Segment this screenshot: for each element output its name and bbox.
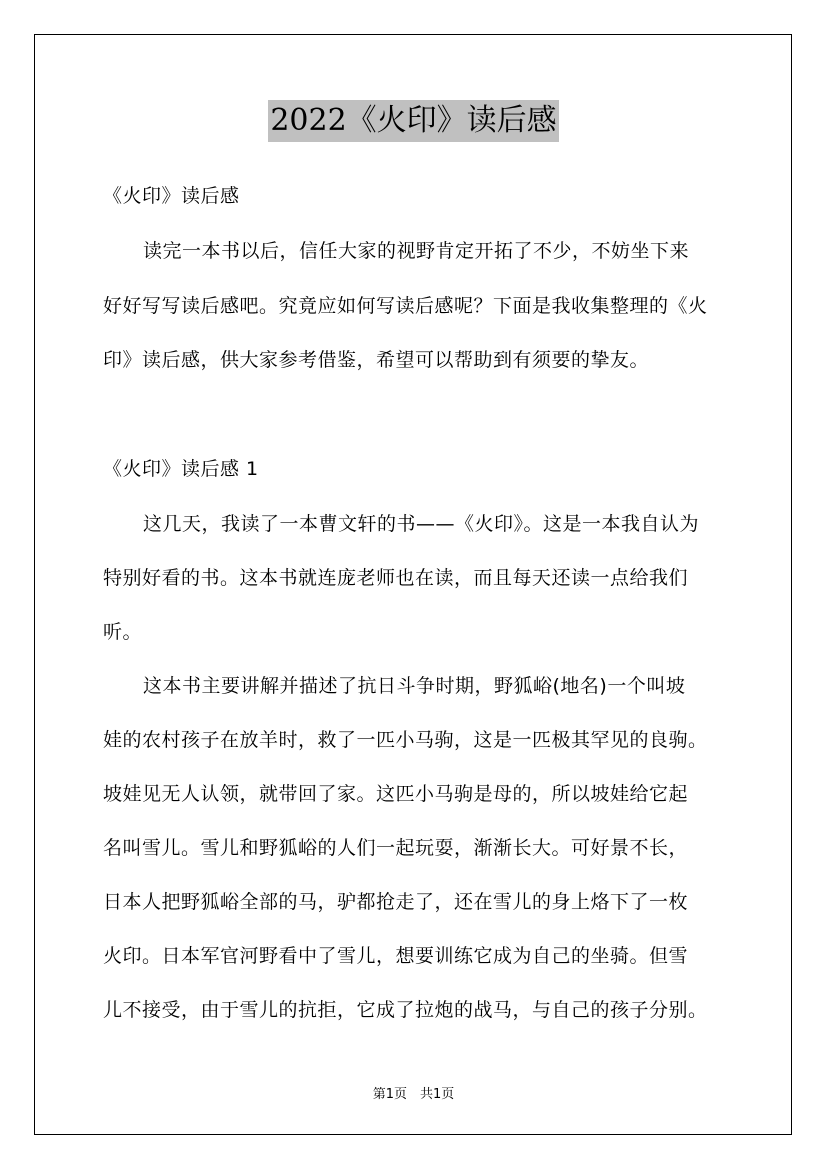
paragraph-line: 娃的农村孩子在放羊时，救了一匹小马驹，这是一匹极其罕见的良驹。 (103, 725, 708, 752)
paragraph-line: 儿不接受，由于雪儿的抗拒，它成了拉炮的战马，与自己的孩子分别。 (103, 995, 708, 1022)
page-footer: 第1页 共1页 (0, 1083, 827, 1102)
intro-line: 好好写写读后感吧。究竟应如何写读后感呢？下面是我收集整理的《火 (103, 291, 708, 318)
paragraph-line: 这几天，我读了一本曹文轩的书——《火印》。这是一本我自认为 (143, 509, 699, 536)
paragraph-line: 特别好看的书。这本书就连庞老师也在读，而且每天还读一点给我们 (103, 563, 688, 590)
paragraph-line: 火印。日本军官河野看中了雪儿，想要训练它成为自己的坐骑。但雪 (103, 941, 688, 968)
document-title: 2022《火印》读后感 (268, 100, 558, 142)
paragraph-line: 名叫雪儿。雪儿和野狐峪的人们一起玩耍，渐渐长大。可好景不长， (103, 833, 688, 860)
section-heading: 《火印》读后感 1 (103, 454, 259, 481)
paragraph-line: 听。 (103, 617, 142, 644)
intro-line: 印》读后感，供大家参考借鉴，希望可以帮助到有须要的挚友。 (103, 345, 649, 372)
intro-line: 读完一本书以后，信任大家的视野肯定开拓了不少，不妨坐下来 (143, 236, 689, 263)
paragraph-line: 日本人把野狐峪全部的马，驴都抢走了，还在雪儿的身上烙下了一枚 (103, 887, 688, 914)
subtitle: 《火印》读后感 (103, 181, 240, 208)
paragraph-line: 坡娃见无人认领，就带回了家。这匹小马驹是母的，所以坡娃给它起 (103, 779, 688, 806)
paragraph-line: 这本书主要讲解并描述了抗日斗争时期，野狐峪(地名)一个叫坡 (143, 671, 685, 698)
